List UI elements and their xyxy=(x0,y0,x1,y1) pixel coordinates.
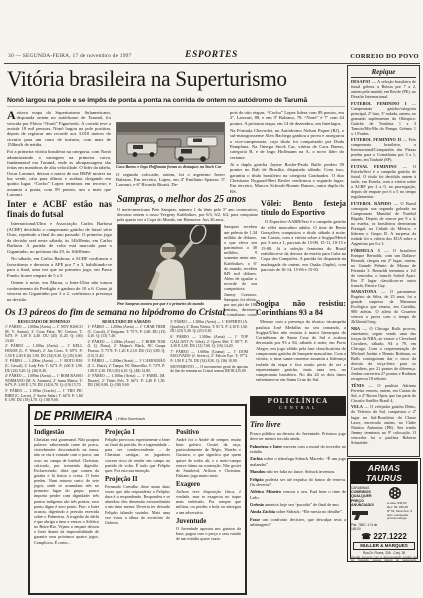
repique-item: FÓRMULA 3 — O brasileiro Enrique Bernold… xyxy=(351,248,416,288)
tiro-livre-headline: Tiro livre xyxy=(250,420,346,429)
de-primeira-col-3: Positivo André foi o André de sempre, mu… xyxy=(176,429,241,548)
turf-result-entry: MOVIMENTO — O movimento geral de apostas… xyxy=(170,365,248,374)
section-text: Felipão provocou espertamente o Inter ao… xyxy=(105,437,170,473)
turf-result-entry: 3º PÁREO — 1.200m (Areia) — 1º ROTO RIA … xyxy=(5,359,83,373)
race-photo-caption: Caca Bueno e Ingo Hoffmann foram os dest… xyxy=(116,165,225,170)
futsal-paragraph: Ontem à noite, em Marau, o Inter-Ultra n… xyxy=(7,280,112,302)
drop-cap: A xyxy=(7,110,17,120)
masthead-rule xyxy=(4,63,420,64)
lead-column-3: pois de oito etapas, “Cocho” Lopez lider… xyxy=(230,110,344,196)
article-sampras: Sampras, o melhor dos 25 anos O norte-am… xyxy=(117,194,258,316)
sampras-photo-caption: Pete Sampras mostra por que é o primeiro… xyxy=(117,301,221,306)
repique-title: Repique xyxy=(351,68,416,78)
section-heading: Positivo xyxy=(176,429,241,436)
taurus-fine-print: Vendas somente com a documentação exigid… xyxy=(351,556,417,562)
article-sogipa: Sogipa não resistiu: Corinthians 93 a 84… xyxy=(256,300,346,394)
turf-result-entry: 2º PÁREO — 1.200m (Areia) — 1º BOER TOSI… xyxy=(88,340,166,359)
repique-item: FUTSAL FEMININO — O Estrela/Sesi é o cam… xyxy=(351,164,416,199)
tiro-livre-item: Záchia sobre o trânsfuga Sidrack Macedo:… xyxy=(250,456,346,467)
section-text: Christian está gourmand. Não poupou pala… xyxy=(34,437,99,545)
lead-body: Aoitava etapa do Superturismo Sulamerica… xyxy=(7,110,345,196)
policlinica-ad: POLICLÍNICA CENTRAL xyxy=(250,396,346,416)
section-heading: Exagero xyxy=(176,481,241,488)
futsal-paragraph: No sábado, em Carlos Barbosa, a ACBF con… xyxy=(7,256,112,278)
sampras-headline: Sampras, o melhor dos 25 anos xyxy=(117,194,258,205)
taurus-slogan: COBRIMOS QUALQUER PREÇO ANUNCIADO! xyxy=(351,490,385,508)
lead-column-2: Caca Bueno e Ingo Hoffmann foram os dest… xyxy=(116,110,225,196)
masthead-paper-name: CORREIO DO POVO xyxy=(350,53,419,60)
repique-item: VELA — O velejador gaúcho Dênis, do Vele… xyxy=(351,404,416,444)
section-text: André foi o André de sempre, muito bom g… xyxy=(176,437,241,478)
turf-result-entry: 7º PÁREO — 1.600m (Grama) — 1º DOM ESCOV… xyxy=(170,350,248,364)
repique-item: NBA — O Chicago Bulls provou, entretanto… xyxy=(351,326,416,381)
lead-column-1: Aoitava etapa do Superturismo Sulamerica… xyxy=(7,110,111,196)
section-text: O Juventude apostou nos garotos da base,… xyxy=(176,526,241,541)
turf-headline: Os 13 páreos do fim de semana no hipódro… xyxy=(5,308,248,318)
turf-result-entry: 1º PÁREO — 1.200m (Areia) — 1º CHAR TRER… xyxy=(88,325,166,339)
repique-item: TÊNIS — O paulista Adriano Ferreira venc… xyxy=(351,383,416,403)
armas-taurus-ad: ARMAS TAURUS CARABINAS COBRIMOS QUALQUER… xyxy=(347,458,421,562)
revolver-icon xyxy=(387,486,403,500)
section-heading: Juventude xyxy=(176,518,241,525)
lead-paragraph: Na Fórmula Chevrolet, no Autódromo Nelso… xyxy=(230,128,344,160)
policlinica-ad-subname: CENTRAL xyxy=(251,405,345,410)
turf-result-entry: 6º PÁREO — 1.300m (Areia) — 1º TOP GALLA… xyxy=(170,335,248,349)
section-heading: Indigestão xyxy=(34,429,99,436)
tiro-livre-item: Palmeiras e Inter mexem com a moral do t… xyxy=(250,444,346,455)
turf-result-entry: 4º PÁREO — 1.000m (Areia) — 1º BOM BASSO… xyxy=(5,374,83,388)
turf-column-sunday: RESULTADO DE DOMINGO 1º PÁREO — 1.000m (… xyxy=(5,320,83,402)
de-primeira-col-2: Projeção I Felipão provocou espertamente… xyxy=(105,429,170,548)
race-photo xyxy=(116,122,225,164)
turf-result-entry: 5º PÁREO — 1.100m (Cracks) — 1º TRO PIC … xyxy=(5,389,83,402)
de-primeira-title: DE PRIMEIRA xyxy=(34,409,113,423)
tiro-livre-item: Felipão poderia ser até expulso do banco… xyxy=(250,477,346,488)
de-primeira-byline: | Hiltor Bombach xyxy=(116,416,146,421)
section-text: Fernando Carvalho disse umas duas vezes … xyxy=(105,484,170,525)
lead-paragraph: Já a dupla gaúcha Jayme Rosler-Paulo Raf… xyxy=(230,162,344,194)
phone-icon: ☎ xyxy=(361,532,371,541)
policlinica-ad-name: POLICLÍNICA xyxy=(251,398,345,405)
repique-item: MARATONA — O paranaense Rogério da Silva… xyxy=(351,289,416,324)
de-primeira-box: DE PRIMEIRA | Hiltor Bombach Indigestão … xyxy=(28,404,247,595)
sampras-photo xyxy=(117,224,221,300)
tiro-livre-item: Mandou não ter falta no lance. Sidrack i… xyxy=(250,469,346,474)
turf-result-entry: 4º PÁREO — 1.100m (Areia) — 1º FAREL (M.… xyxy=(88,374,166,388)
sogipa-headline: Sogipa não resistiu: Corinthians 93 a 84 xyxy=(256,300,346,317)
lead-paragraph: oitava etapa do Superturismo Sulamerican… xyxy=(7,110,111,147)
lead-deck: Nonô largou na pole e se impôs de ponta … xyxy=(7,97,345,107)
section-heading: Projeção I xyxy=(105,429,170,436)
de-primeira-col-1: Indigestão Christian está gourmand. Não … xyxy=(34,429,99,548)
turf-result-entry: 5º PÁREO — 1.300m (Areia) — 1º ESPERTO (… xyxy=(170,320,248,334)
sampras-intro: O norte-americano Pete Sampras, número 1… xyxy=(117,207,258,222)
lead-paragraph: O segundo colocado, ontem, foi o argenti… xyxy=(116,172,225,188)
sampras-photo-wrap: Pete Sampras mostra por que é o primeiro… xyxy=(117,224,221,316)
section-heading: Projeção II xyxy=(105,476,170,483)
volei-paragraph: O Esportivo-AABB/Sesi é o campeão gaúcho… xyxy=(261,219,346,272)
repique-item: FUTEBOL FEMININO I — Campeonato gaúcho/c… xyxy=(351,101,416,136)
tiro-livre-item: Fosse um confronto decisivo, que desculp… xyxy=(250,517,346,528)
turf-result-entry: 2º PÁREO — 1.100m (Areia) — 1º KELL HOUS… xyxy=(5,344,83,358)
article-volei: Vôlei: Bento festeja título do Esportivo… xyxy=(261,200,346,298)
sogipa-paragraph: Mesmo com a presença do técnico tricampe… xyxy=(256,319,346,382)
section-text: Arílson teve disposição física, é verdad… xyxy=(176,489,241,515)
taurus-price-line: Pist. 765C: 1+3 de 169,00 xyxy=(351,523,385,531)
taurus-price-line: Nº 51, faixa livre, 9 tiros: escopetas, … xyxy=(387,510,417,522)
futsal-headline: Inter e ACBF estão nas finais do futsal xyxy=(7,200,112,219)
masthead-page-info: 30 — SEGUNDA-FEIRA, 17 de novembro de 19… xyxy=(8,53,132,59)
lead-headline: Vitória brasileira na Superturismo xyxy=(7,66,335,92)
turf-results: Os 13 páreos do fim de semana no hipódro… xyxy=(5,308,248,402)
turf-column-continued: 5º PÁREO — 1.300m (Areia) — 1º ESPERTO (… xyxy=(170,320,248,402)
futsal-paragraph: Internacional/Ultra e Associação Carlos … xyxy=(7,221,112,254)
tiro-livre-item: Ainda Záchia sobre Sidrack: “Ele mexia n… xyxy=(250,509,346,514)
sampras-side-paragraph: Sampras recebeu um prêmio de 1,34 milhão… xyxy=(224,224,257,316)
tiro-livre-item: Pouco público na derrota do Juventude. P… xyxy=(250,431,346,442)
volei-headline: Vôlei: Bento festeja título do Esportivo xyxy=(261,200,346,217)
newspaper-page: 30 — SEGUNDA-FEIRA, 17 de novembro de 19… xyxy=(0,0,423,598)
de-primeira-header: DE PRIMEIRA | Hiltor Bombach xyxy=(34,409,241,426)
taurus-ad-title: ARMAS TAURUS xyxy=(351,462,417,484)
lead-paragraph: pois de oito etapas, “Cocho” Lopez lider… xyxy=(230,110,344,126)
turf-result-entry: 1º PÁREO — 1.000m (Areia) — 1º NOV BASCO… xyxy=(5,325,83,344)
repique-item: DESAFIO — A seleção brasileira de futsal… xyxy=(351,79,416,99)
turf-result-entry: 3º PÁREO — 1.200m (Areia) — 1º CAMOURÃO … xyxy=(88,359,166,373)
turf-column-saturday: RESULTADO DE SÁBADO 1º PÁREO — 1.200m (A… xyxy=(88,320,166,402)
taurus-phone-number: 227.1222 xyxy=(373,532,406,541)
article-futsal-finals: Inter e ACBF estão nas finais do futsal … xyxy=(7,200,112,312)
lead-paragraph: Foi a primeira vitória brasileira na cat… xyxy=(7,149,111,196)
tiro-livre-item: Atlético Mineiro venceu o seu. Está bem … xyxy=(250,489,346,500)
tiro-livre-item: Grêmio anuncia hoje seu “pacotão” de fin… xyxy=(250,502,346,507)
masthead-section-title: ESPORTES xyxy=(185,50,238,60)
repique-item: FUTEBOL FEMININO II — Pelo campeonato br… xyxy=(351,137,416,162)
taurus-store-name: MULLER & MARQUES xyxy=(353,542,415,550)
repique-sidebar: Repique DESAFIO — A seleção brasileira d… xyxy=(347,65,420,457)
pistol-icon xyxy=(351,509,371,521)
repique-item: FUTEBOL RÁPIDO — O Brasil conseguiu sua … xyxy=(351,201,416,246)
column-tiro-livre: Tiro livre Pouco público na derrota do J… xyxy=(250,420,346,596)
